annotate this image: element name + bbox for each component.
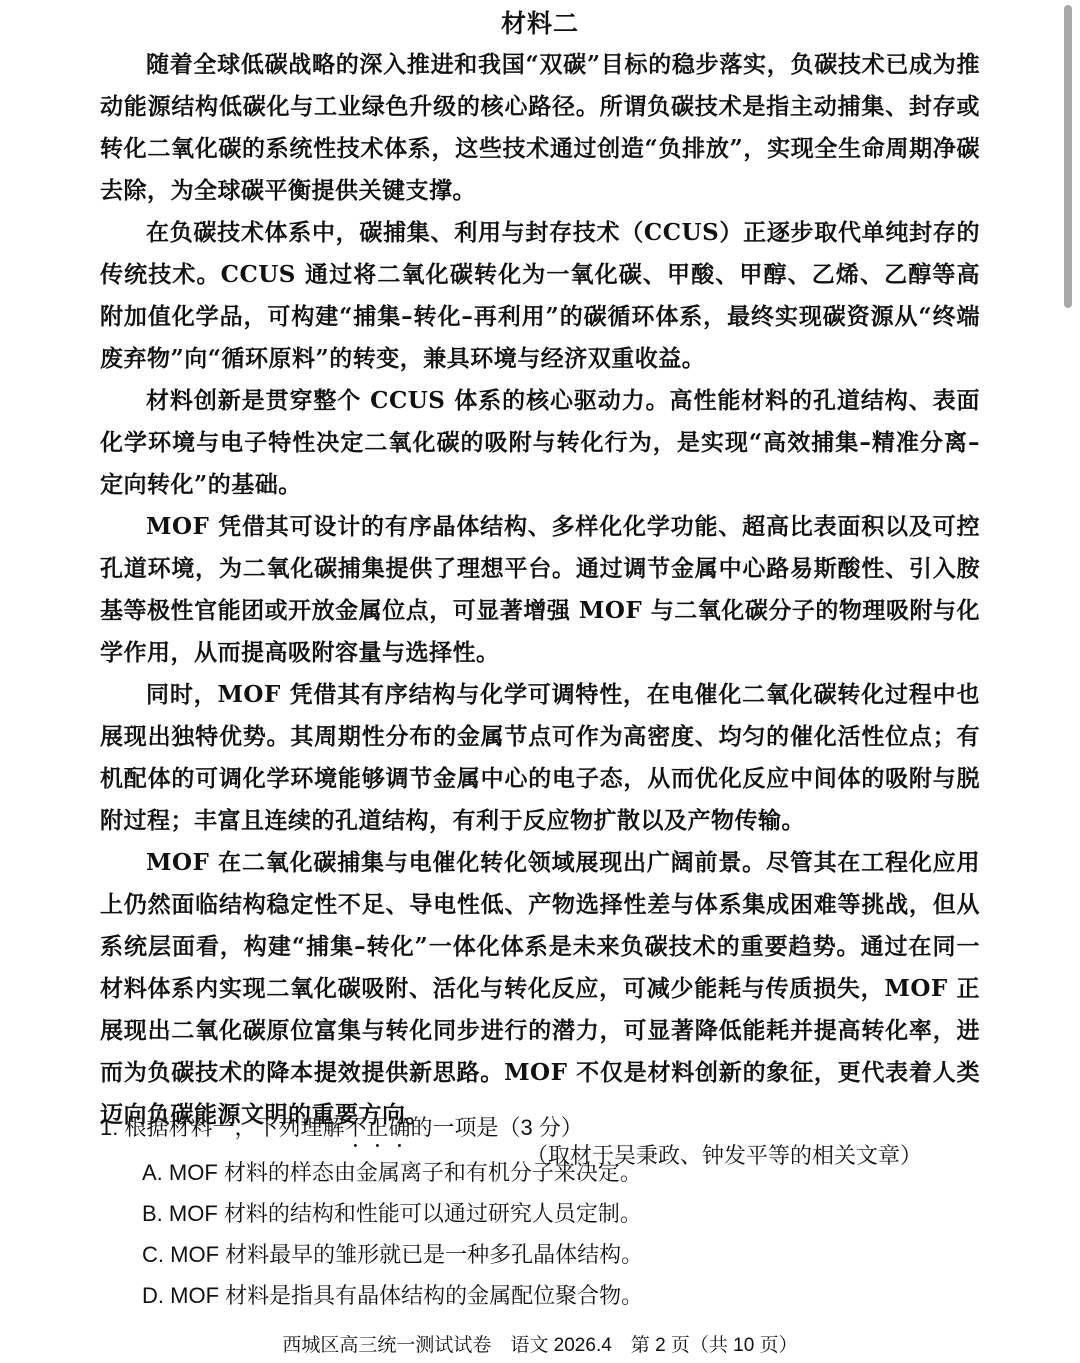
material-body: 随着全球低碳战略的深入推进和我国“双碳”目标的稳步落实，负碳技术已成为推动能源结… (100, 44, 980, 1176)
page-footer: 西城区高三统一测试试卷 语文 2026.4 第 2 页（共 10 页） (0, 1330, 1080, 1357)
question-stem: 1. 根据材料一，下列理解不正确的一项是（3 分） (100, 1108, 980, 1152)
paragraph-4: MOF 凭借其可设计的有序晶体结构、多样化化学功能、超高比表面积以及可控孔道环境… (100, 506, 980, 674)
option-label: C. (142, 1242, 164, 1267)
option-label: D. (142, 1283, 164, 1308)
paragraph-2: 在负碳技术体系中，碳捕集、利用与封存技术（CCUS）正逐步取代单纯封存的传统技术… (100, 212, 980, 380)
question-stem-after: 的一项是（3 分） (411, 1115, 583, 1140)
option-label: B. (142, 1201, 163, 1226)
vertical-scrollbar[interactable] (1064, 5, 1072, 308)
paragraph-3: 材料创新是贯穿整个 CCUS 体系的核心驱动力。高性能材料的孔道结构、表面化学环… (100, 380, 980, 506)
question-number: 1. (100, 1115, 118, 1140)
option-c: C. MOF 材料最早的雏形就已是一种多孔晶体结构。 (100, 1234, 980, 1275)
question-stem-emphasis: 不正确 (345, 1115, 411, 1140)
option-a: A. MOF 材料的样态由金属离子和有机分子来决定。 (100, 1152, 980, 1193)
material-title: 材料二 (0, 4, 1080, 40)
option-b: B. MOF 材料的结构和性能可以通过研究人员定制。 (100, 1193, 980, 1234)
paragraph-5: 同时，MOF 凭借其有序结构与化学可调特性，在电催化二氧化碳转化过程中也展现出独… (100, 674, 980, 842)
paragraph-6: MOF 在二氧化碳捕集与电催化转化领域展现出广阔前景。尽管其在工程化应用上仍然面… (100, 842, 980, 1136)
question-1: 1. 根据材料一，下列理解不正确的一项是（3 分） A. MOF 材料的样态由金… (100, 1108, 980, 1316)
option-text: MOF 材料的结构和性能可以通过研究人员定制。 (169, 1201, 642, 1226)
option-text: MOF 材料最早的雏形就已是一种多孔晶体结构。 (170, 1242, 643, 1267)
option-text: MOF 材料的样态由金属离子和有机分子来决定。 (169, 1160, 642, 1185)
option-label: A. (142, 1160, 163, 1185)
question-stem-before: 根据材料一，下列理解 (124, 1115, 344, 1140)
paragraph-1: 随着全球低碳战略的深入推进和我国“双碳”目标的稳步落实，负碳技术已成为推动能源结… (100, 44, 980, 212)
option-d: D. MOF 材料是指具有晶体结构的金属配位聚合物。 (100, 1275, 980, 1316)
exam-page: 材料二 随着全球低碳战略的深入推进和我国“双碳”目标的稳步落实，负碳技术已成为推… (0, 0, 1080, 1363)
option-text: MOF 材料是指具有晶体结构的金属配位聚合物。 (170, 1283, 643, 1308)
